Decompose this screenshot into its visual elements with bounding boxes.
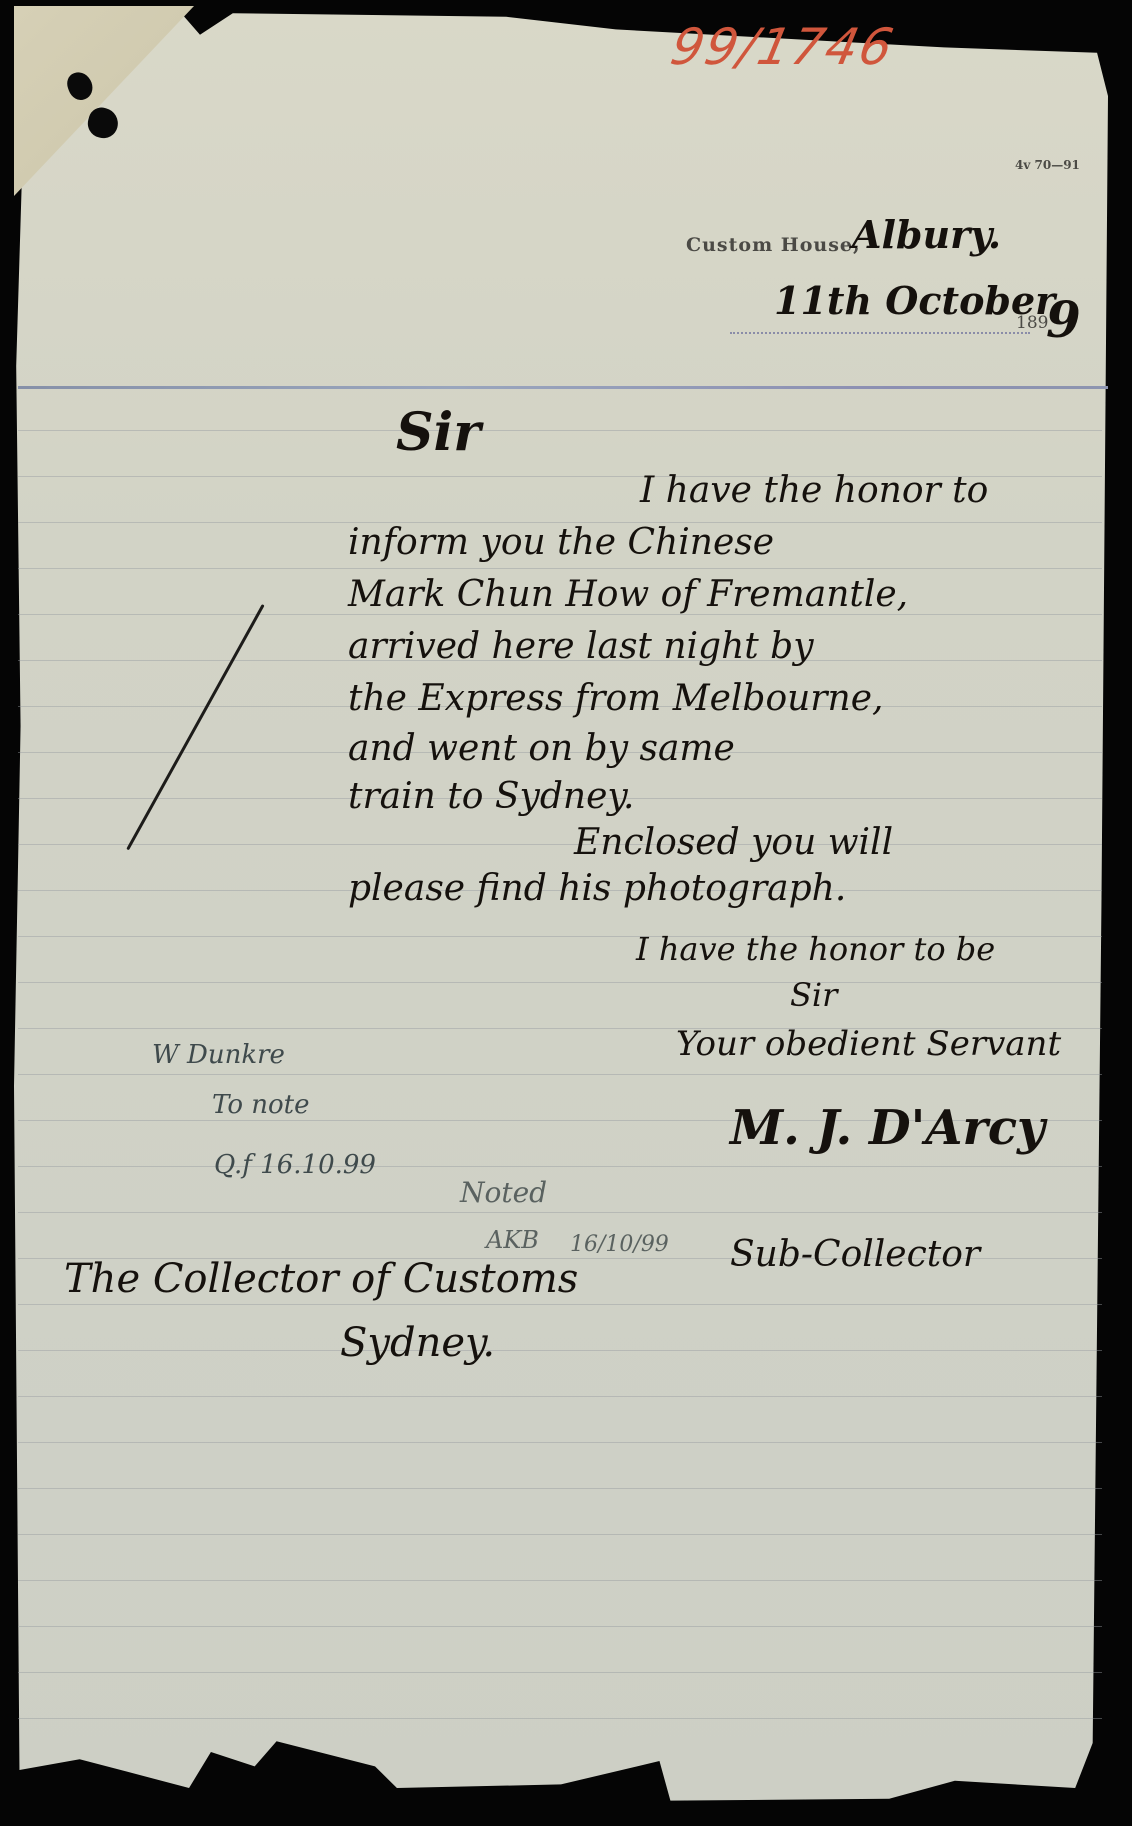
body-line: the Express from Melbourne, bbox=[348, 678, 883, 719]
body-line: please find his photograph. bbox=[348, 868, 846, 909]
signature: M. J. D'Arcy bbox=[730, 1100, 1045, 1156]
date-year-printed: 189 bbox=[1016, 313, 1048, 333]
body-line: I have the honor to bbox=[640, 470, 988, 511]
body-line: arrived here last night by bbox=[348, 626, 814, 667]
body-line: train to Sydney. bbox=[348, 776, 634, 817]
form-code: 4v 70—91 bbox=[1015, 158, 1080, 172]
letter-date: 11th October bbox=[774, 278, 1055, 323]
letterhead-place: Albury. bbox=[852, 212, 1001, 257]
salutation: Sir bbox=[396, 402, 481, 463]
margin-note: Q.f 16.10.99 bbox=[214, 1150, 376, 1180]
addressee-line: Sydney. bbox=[340, 1320, 495, 1366]
closing-line: Your obedient Servant bbox=[676, 1024, 1061, 1064]
noted-initials: AKB bbox=[486, 1226, 539, 1254]
signature-title: Sub-Collector bbox=[730, 1234, 980, 1275]
addressee-line: The Collector of Customs bbox=[64, 1256, 578, 1302]
closing-line: Sir bbox=[790, 976, 837, 1014]
closing-line: I have the honor to be bbox=[636, 930, 995, 968]
margin-note: To note bbox=[212, 1090, 309, 1120]
date-year-handwritten: 9 bbox=[1046, 290, 1081, 349]
noted-annotation: Noted bbox=[460, 1176, 547, 1209]
margin-note: W Dunkre bbox=[152, 1040, 285, 1070]
letterhead-label: Custom House, bbox=[686, 234, 861, 256]
header-rule bbox=[18, 386, 1108, 389]
date-dotted-line bbox=[730, 332, 1030, 334]
body-line: Enclosed you will bbox=[574, 822, 893, 863]
body-line: inform you the Chinese bbox=[348, 522, 774, 563]
noted-date: 16/10/99 bbox=[570, 1232, 669, 1257]
registry-number: 99/1746 bbox=[666, 18, 900, 76]
body-line: and went on by same bbox=[348, 728, 735, 769]
body-line: Mark Chun How of Fremantle, bbox=[348, 574, 908, 615]
